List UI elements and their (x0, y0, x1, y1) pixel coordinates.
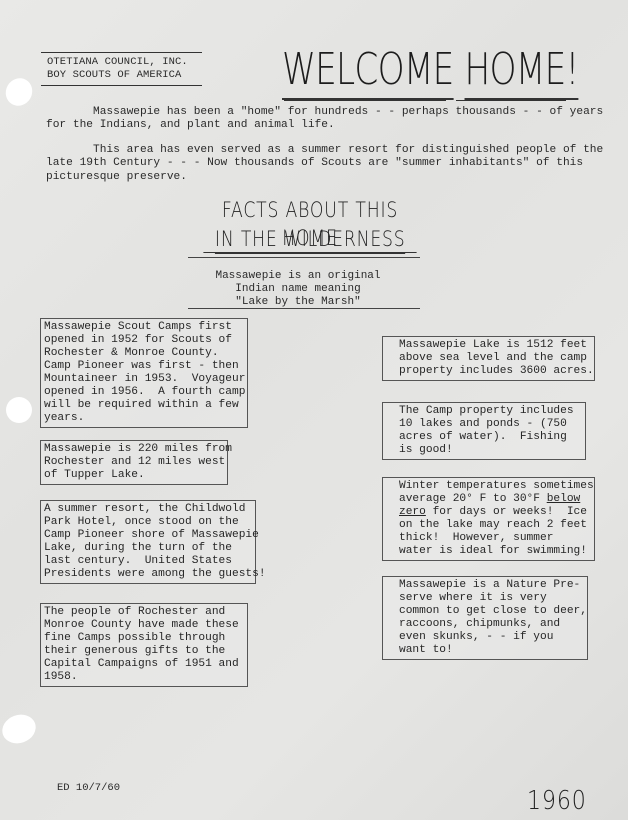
intro-paragraph-1: Massawepie has been a "home" for hundred… (46, 106, 576, 133)
fact-box-childwold-hotel: A summer resort, the Childwold Park Hote… (40, 500, 256, 584)
organization-header: OTETIANA COUNCIL, INC. BOY SCOUTS OF AME… (41, 52, 202, 86)
punch-hole-bottom (0, 710, 40, 748)
title-word-home: HOME! (464, 44, 578, 100)
name-meaning: Massawepie is an original Indian name me… (188, 270, 408, 309)
fact-box-capital-campaigns: The people of Rochester and Monroe Count… (40, 603, 248, 687)
intro-paragraph-2: This area has even served as a summer re… (46, 144, 576, 184)
fact-box-distance: Massawepie is 220 miles from Rochester a… (40, 440, 228, 485)
fact-box-lakes-ponds: The Camp property includes 10 lakes and … (382, 402, 586, 460)
document-code: ED 10/7/60 (57, 782, 120, 794)
title-underline-2 (456, 100, 566, 101)
fact-box-camp-history: Massawepie Scout Camps first opened in 1… (40, 318, 248, 428)
handwritten-year: 1960 (527, 786, 587, 816)
document-page: OTETIANA COUNCIL, INC. BOY SCOUTS OF AME… (0, 0, 628, 820)
divider-lower (188, 308, 420, 309)
org-affiliation: BOY SCOUTS OF AMERICA (47, 69, 202, 82)
page-title: WELCOMEHOME! (282, 44, 578, 100)
fact-box-lake-elevation: Massawepie Lake is 1512 feet above sea l… (382, 336, 595, 381)
title-underline-1 (284, 100, 446, 101)
punch-hole-middle (6, 397, 32, 423)
title-word-welcome: WELCOME (282, 44, 454, 100)
fact-box-winter-temperatures: Winter temperatures sometimes average 20… (382, 477, 595, 561)
punch-hole-top (1, 73, 38, 110)
divider-upper (188, 257, 420, 258)
fact-box-nature-preserve: Massawepie is a Nature Pre- serve where … (382, 576, 588, 660)
facts-heading-line-2: IN THE WILDERNESS (180, 225, 440, 254)
org-name: OTETIANA COUNCIL, INC. (47, 56, 202, 69)
